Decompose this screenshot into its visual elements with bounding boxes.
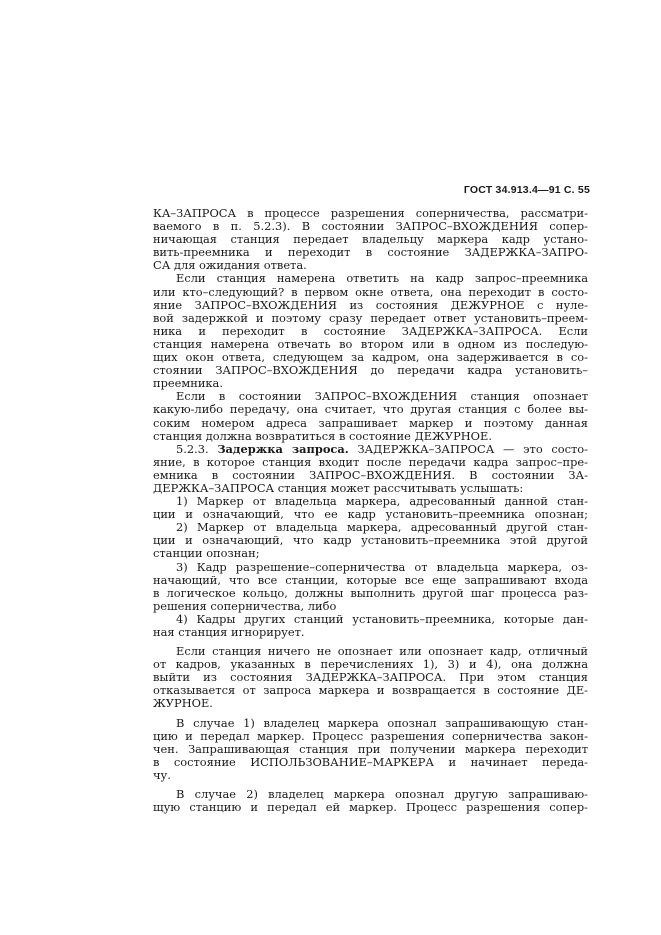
- body-text: КА–ЗАПРОСА в процессе разрешения соперни…: [153, 207, 588, 814]
- text-line: или кто–следующий? в первом окне ответа,…: [153, 286, 588, 299]
- text-line: ника и переходит в состояние ЗАДЕРЖКА–ЗА…: [153, 325, 588, 338]
- text-line: чу.: [153, 769, 588, 782]
- text-line: чен. Запрашивающая станция при получении…: [153, 743, 588, 756]
- running-header: ГОСТ 34.913.4—91 С. 55: [410, 184, 590, 196]
- text-line: Если станция намерена ответить на кадр з…: [153, 272, 588, 285]
- text-line: какую-либо передачу, она считает, что др…: [153, 403, 588, 416]
- text-line: станции опознан;: [153, 547, 588, 560]
- paragraph: Если станция намерена ответить на кадр з…: [153, 272, 588, 390]
- paragraph: КА–ЗАПРОСА в процессе разрешения соперни…: [153, 207, 588, 272]
- text-line: ная станция игнорирует.: [153, 626, 588, 639]
- list-item: 3) Кадр разрешение–соперничества от влад…: [153, 561, 588, 613]
- text-line: цию и передал маркер. Процесс разрешения…: [153, 730, 588, 743]
- text-line: 3) Кадр разрешение–соперничества от влад…: [153, 561, 588, 574]
- text-line: яние, в которое станция входит после пер…: [153, 456, 588, 469]
- text-line: решения соперничества, либо: [153, 600, 588, 613]
- document-page: ГОСТ 34.913.4—91 С. 55 КА–ЗАПРОСА в проц…: [0, 0, 661, 935]
- text-line: емника в состоянии ЗАПРОС–ВХОЖДЕНИЯ. В с…: [153, 469, 588, 482]
- list-item: 4) Кадры других станций установить–преем…: [153, 613, 588, 639]
- section-lead: ЗАДЕРЖКА–ЗАПРОСА — это состо-: [357, 442, 588, 456]
- section-number: 5.2.3.: [176, 442, 209, 456]
- text-line: яние ЗАПРОС–ВХОЖДЕНИЯ из состояния ДЕЖУР…: [153, 299, 588, 312]
- paragraph: Если в состоянии ЗАПРОС–ВХОЖДЕНИЯ станци…: [153, 390, 588, 442]
- paragraph: Если станция ничего не опознает или опоз…: [153, 645, 588, 710]
- section-5-2-3: 5.2.3. Задержка запроса. ЗАДЕРЖКА–ЗАПРОС…: [153, 443, 588, 495]
- text-line: 5.2.3. Задержка запроса. ЗАДЕРЖКА–ЗАПРОС…: [153, 443, 588, 456]
- list-item: 1) Маркер от владельца маркера, адресова…: [153, 495, 588, 521]
- text-line: в состояние ИСПОЛЬЗОВАНИЕ–МАРКЕРА и начи…: [153, 756, 588, 769]
- text-line: начающий, что все станции, которые все е…: [153, 574, 588, 587]
- section-title: Задержка запроса.: [217, 442, 348, 456]
- paragraph: В случае 2) владелец маркера опознал дру…: [153, 788, 588, 814]
- paragraph: В случае 1) владелец маркера опознал зап…: [153, 717, 588, 782]
- text-line: щую станцию и передал ей маркер. Процесс…: [153, 801, 588, 814]
- text-line: отказывается от запроса маркера и возвра…: [153, 684, 588, 697]
- text-line: В случае 1) владелец маркера опознал зап…: [153, 717, 588, 730]
- text-line: вой задержкой и поэтому сразу передает о…: [153, 312, 588, 325]
- text-line: соким номером адреса запрашивает маркер …: [153, 417, 588, 430]
- list-item: 2) Маркер от владельца маркера, адресова…: [153, 521, 588, 560]
- text-line: в логическое кольцо, должны выполнить др…: [153, 587, 588, 600]
- text-line: ЖУРНОЕ.: [153, 697, 588, 710]
